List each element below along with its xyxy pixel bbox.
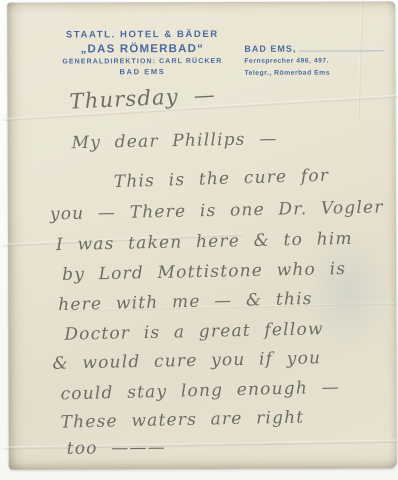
handwritten-line: This is the cure for bbox=[114, 166, 330, 192]
handwritten-line-date: Thursday — bbox=[69, 83, 216, 114]
handwritten-line: I was taken here & to him bbox=[56, 229, 353, 255]
handwritten-line: could stay long enough — bbox=[60, 378, 340, 405]
handwritten-line: These waters are right bbox=[60, 408, 304, 433]
fold-crease bbox=[4, 439, 398, 449]
hotel-city: BAD EMS bbox=[47, 67, 237, 77]
phone-line: Fernsprecher 496, 497. bbox=[244, 56, 386, 65]
handwritten-line: Doctor is a great fellow bbox=[64, 319, 324, 344]
letter-paper-sheet: STAATL. HOTEL & BÄDER „DAS RÖMERBAD“ GEN… bbox=[7, 1, 397, 469]
telegram-line: Telegr., Römerbad Ems bbox=[244, 68, 386, 77]
place-line: BAD EMS, bbox=[244, 44, 296, 54]
hotel-direction: GENERALDIREKTION: CARL RÜCKER bbox=[47, 58, 237, 66]
handwritten-line-salutation: My dear Phillips — bbox=[71, 129, 277, 153]
handwritten-line: you — There is one Dr. Vogler bbox=[50, 197, 384, 224]
handwritten-line-closing: too ——— bbox=[67, 438, 166, 459]
scanned-letter-photo: STAATL. HOTEL & BÄDER „DAS RÖMERBAD“ GEN… bbox=[0, 0, 398, 480]
handwritten-line: by Lord Mottistone who is bbox=[62, 259, 346, 285]
date-dotted-line bbox=[299, 42, 384, 51]
hotel-brand-name: „DAS RÖMERBAD“ bbox=[47, 43, 237, 56]
handwritten-line: here with me — & this bbox=[58, 289, 313, 315]
hotel-name: STAATL. HOTEL & BÄDER bbox=[47, 29, 237, 41]
letterhead-left-block: STAATL. HOTEL & BÄDER „DAS RÖMERBAD“ GEN… bbox=[47, 29, 237, 77]
handwritten-line: & would cure you if you bbox=[52, 348, 321, 374]
letterhead-right-block: BAD EMS, Fernsprecher 496, 497. Telegr.,… bbox=[244, 42, 386, 77]
